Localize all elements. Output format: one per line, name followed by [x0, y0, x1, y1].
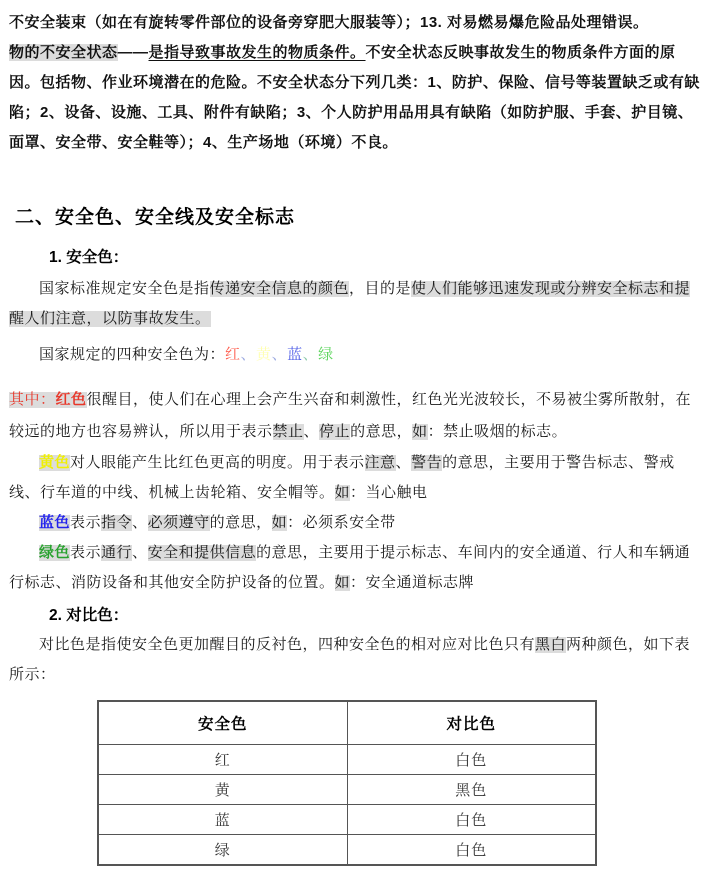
highlighted-text: 必须遵守 [148, 515, 210, 531]
dash: —— [118, 44, 149, 61]
paragraph-yellow: 黄色对人眼能产生比红色更高的明度。用于表示注意、警告的意思，主要用于警告标志、警… [9, 448, 705, 508]
paragraph-unsafe-condition: 物的不安全状态——是指导致事故发生的物质条件。不安全状态反映事故发生的物质条件方… [9, 38, 705, 158]
paragraph-text: 表示 [70, 515, 101, 531]
subheading-safety-color: 1. 安全色： [49, 246, 705, 270]
table-cell: 黑色 [347, 775, 596, 805]
subheading-contrast-color: 2. 对比色： [49, 604, 705, 628]
table-header-safety-color: 安全色 [98, 701, 347, 745]
color-word-yellow: 黄 [256, 347, 272, 363]
separator: 、 [303, 347, 319, 363]
table-cell: 绿 [98, 835, 347, 866]
label-red-color: 红色 [56, 392, 87, 408]
paragraph-blue: 蓝色表示指令、必须遵守的意思，如：必须系安全带 [9, 508, 705, 538]
table-row: 蓝 白色 [98, 805, 596, 835]
paragraph-text: ：安全通道标志牌 [350, 575, 474, 591]
paragraph-safety-color-def: 国家标准规定安全色是指传递安全信息的颜色，目的是使人们能够迅速发现或分辨安全标志… [9, 274, 705, 334]
term-unsafe-condition: 物的不安全状态 [9, 44, 118, 61]
highlighted-text: 如 [412, 424, 428, 440]
separator: 、 [132, 515, 148, 531]
color-word-red: 红 [225, 347, 241, 363]
body-section: 国家标准规定安全色是指传递安全信息的颜色，目的是使人们能够迅速发现或分辨安全标志… [9, 274, 705, 866]
color-word-green: 绿 [318, 347, 334, 363]
paragraph-contrast-def: 对比色是指使安全色更加醒目的反衬色，四种安全色的相对应对比色只有黑白两种颜色，如… [9, 630, 705, 690]
separator: 、 [241, 347, 257, 363]
paragraph-text: 对人眼能产生比红色更高的明度。用于表示 [70, 455, 365, 471]
section-heading: 二、安全色、安全线及安全标志 [15, 204, 705, 232]
contrast-color-table: 安全色 对比色 红 白色 黄 黑色 蓝 白色 绿 [97, 700, 597, 866]
definition-underlined: 是指导致事故发生的物质条件。 [149, 44, 366, 61]
paragraph-text: 国家标准规定安全色是指 [39, 281, 210, 297]
paragraph-green: 绿色表示通行、安全和提供信息的意思，主要用于提示标志、车间内的安全通道、行人和车… [9, 538, 705, 598]
label-yellow-color: 黄色 [39, 455, 70, 471]
paragraph-text: 国家规定的四种安全色为： [39, 347, 225, 363]
table-cell: 白色 [347, 805, 596, 835]
table-cell: 白色 [347, 745, 596, 775]
highlighted-text: 如 [272, 515, 288, 531]
highlighted-text: 如 [335, 485, 351, 501]
paragraph-text: 不安全装束（如在有旋转零件部位的设备旁穿肥大服装等）；13. 对易燃易爆危险品处… [9, 14, 649, 31]
paragraph-text: ：禁止吸烟的标志。 [428, 424, 568, 440]
table-cell: 黄 [98, 775, 347, 805]
table-cell: 白色 [347, 835, 596, 866]
label-blue-color: 蓝色 [39, 515, 70, 531]
separator: 、 [396, 455, 412, 471]
paragraph-text: 的意思， [350, 424, 412, 440]
paragraph-text: 表示 [70, 545, 101, 561]
highlighted-text: 黑白 [535, 637, 566, 653]
separator: 、 [304, 424, 320, 440]
paragraph-four-colors: 国家规定的四种安全色为：红、黄、蓝、绿 [9, 340, 705, 370]
table-cell: 红 [98, 745, 347, 775]
table-cell: 蓝 [98, 805, 347, 835]
highlighted-text: 安全和提供信息 [148, 545, 257, 561]
separator: 、 [132, 545, 148, 561]
paragraph-text: ：必须系安全带 [287, 515, 396, 531]
separator: 、 [272, 347, 288, 363]
highlighted-text: 禁止 [273, 424, 304, 440]
highlighted-text: 通行 [101, 545, 132, 561]
highlighted-text: 注意 [365, 455, 396, 471]
paragraph-text: 的意思， [210, 515, 272, 531]
color-word-blue: 蓝 [287, 347, 303, 363]
paragraph-red: 其中：红色很醒目，使人们在心理上会产生兴奋和刺激性，红色光光波较长，不易被尘雾所… [9, 384, 705, 448]
label-green-color: 绿色 [39, 545, 70, 561]
highlighted-text: 指令 [101, 515, 132, 531]
paragraph-text: ，目的是 [349, 281, 411, 297]
paragraph-text: ：当心触电 [350, 485, 428, 501]
label-among: 其中： [9, 392, 56, 408]
paragraph-text: 对比色是指使安全色更加醒目的反衬色，四种安全色的相对应对比色只有 [39, 637, 535, 653]
table-header-contrast-color: 对比色 [347, 701, 596, 745]
highlighted-text: 如 [335, 575, 351, 591]
highlighted-text: 警告 [411, 455, 442, 471]
table-row: 红 白色 [98, 745, 596, 775]
highlighted-text: 传递安全信息的颜色 [210, 281, 350, 297]
highlighted-text: 停止 [319, 424, 350, 440]
document-page: 不安全装束（如在有旋转零件部位的设备旁穿肥大服装等）；13. 对易燃易爆危险品处… [0, 0, 714, 896]
paragraph-unsafe-attire: 不安全装束（如在有旋转零件部位的设备旁穿肥大服装等）；13. 对易燃易爆危险品处… [9, 8, 705, 38]
table-row: 黄 黑色 [98, 775, 596, 805]
intro-section: 不安全装束（如在有旋转零件部位的设备旁穿肥大服装等）；13. 对易燃易爆危险品处… [9, 8, 705, 158]
table-header-row: 安全色 对比色 [98, 701, 596, 745]
table-row: 绿 白色 [98, 835, 596, 866]
